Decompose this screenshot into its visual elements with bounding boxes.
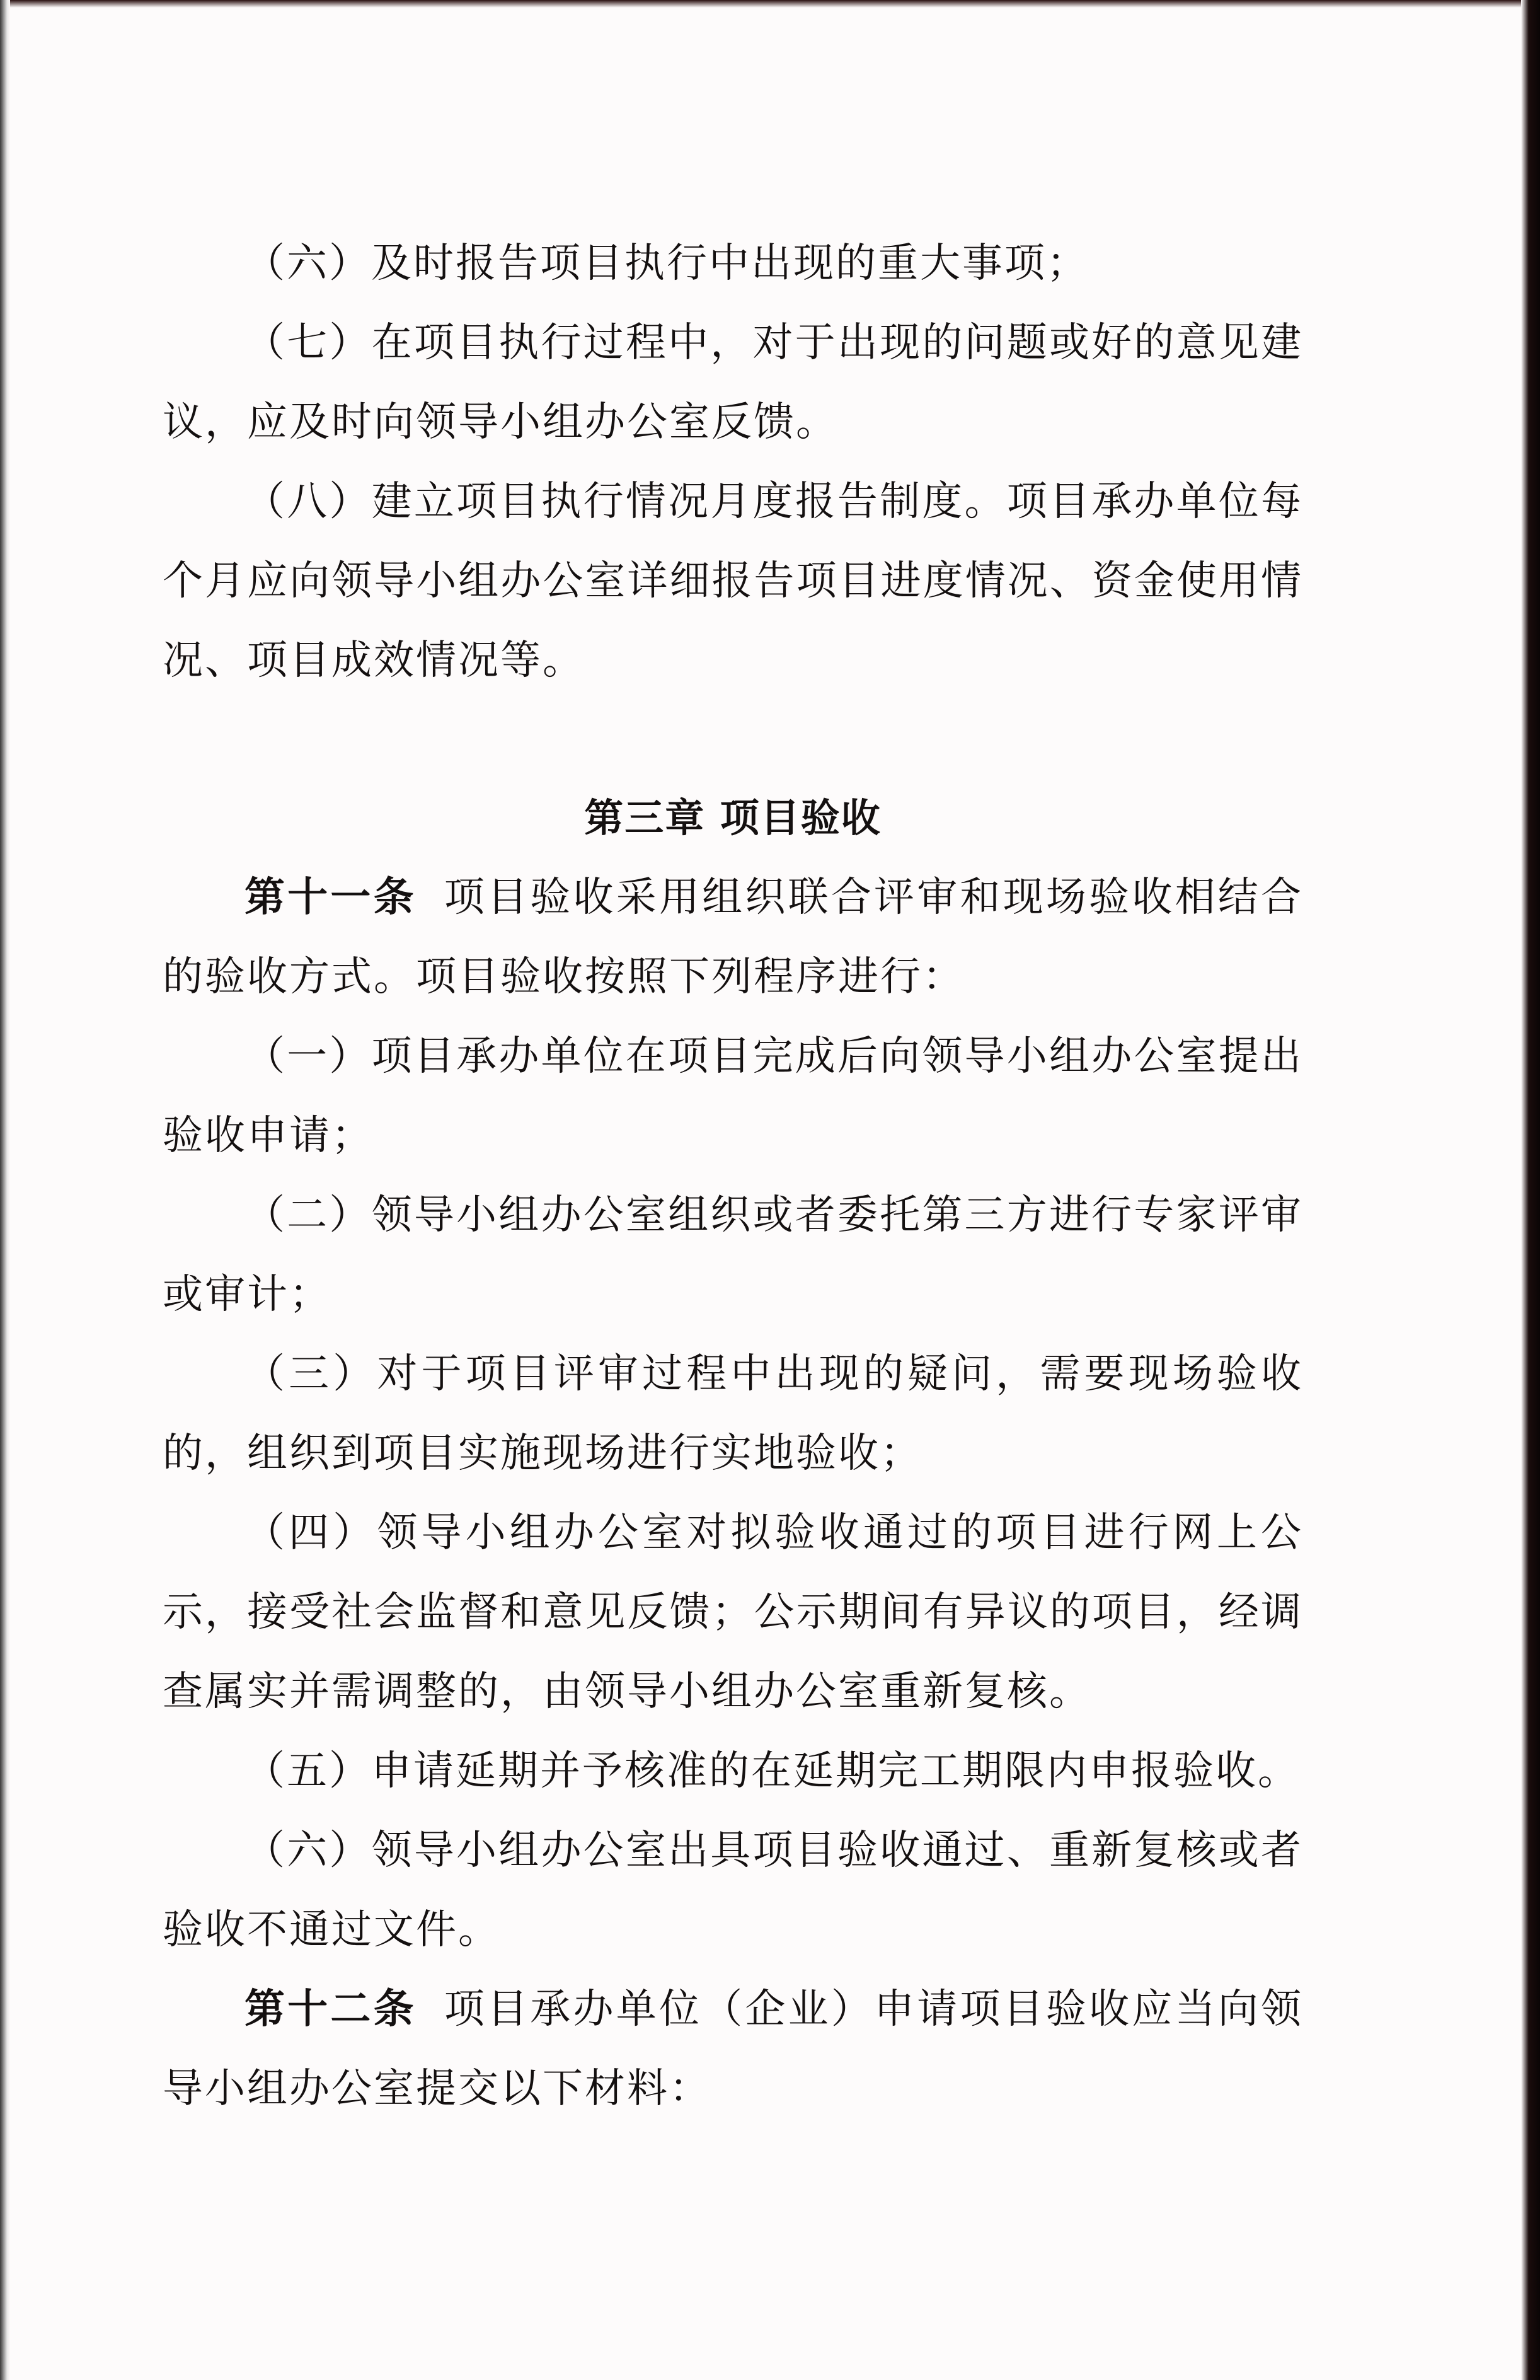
document-page: （六）及时报告项目执行中出现的重大事项； （七）在项目执行过程中，对于出现的问题… [163,224,1303,2129]
article-11-number: 第十一条 [244,874,417,921]
scan-edge-top [0,0,1540,8]
scan-edge-left [0,0,10,2380]
article-12-number: 第十二条 [244,1986,417,2033]
chapter-heading: 第三章 项目验收 [163,700,1303,858]
article-11-item-4: （四）领导小组办公室对拟验收通过的项目进行网上公示，接受社会监督和意见反馈；公示… [163,1493,1303,1731]
scan-edge-right [1521,0,1540,2380]
article-11: 第十一条项目验收采用组织联合评审和现场验收相结合的验收方式。项目验收按照下列程序… [163,858,1303,1017]
article-11-item-6: （六）领导小组办公室出具项目验收通过、重新复核或者验收不通过文件。 [163,1811,1303,1970]
paragraph-item-7: （七）在项目执行过程中，对于出现的问题或好的意见建议，应及时向领导小组办公室反馈… [163,303,1303,462]
article-11-item-5: （五）申请延期并予核准的在延期完工期限内申报验收。 [163,1731,1303,1811]
article-11-item-3: （三）对于项目评审过程中出现的疑问，需要现场验收的，组织到项目实施现场进行实地验… [163,1334,1303,1493]
paragraph-item-8: （八）建立项目执行情况月度报告制度。项目承办单位每个月应向领导小组办公室详细报告… [163,462,1303,700]
article-11-item-1: （一）项目承办单位在项目完成后向领导小组办公室提出验收申请； [163,1017,1303,1176]
article-11-item-2: （二）领导小组办公室组织或者委托第三方进行专家评审或审计； [163,1176,1303,1334]
paragraph-item-6: （六）及时报告项目执行中出现的重大事项； [163,224,1303,303]
article-12: 第十二条项目承办单位（企业）申请项目验收应当向领导小组办公室提交以下材料： [163,1970,1303,2129]
